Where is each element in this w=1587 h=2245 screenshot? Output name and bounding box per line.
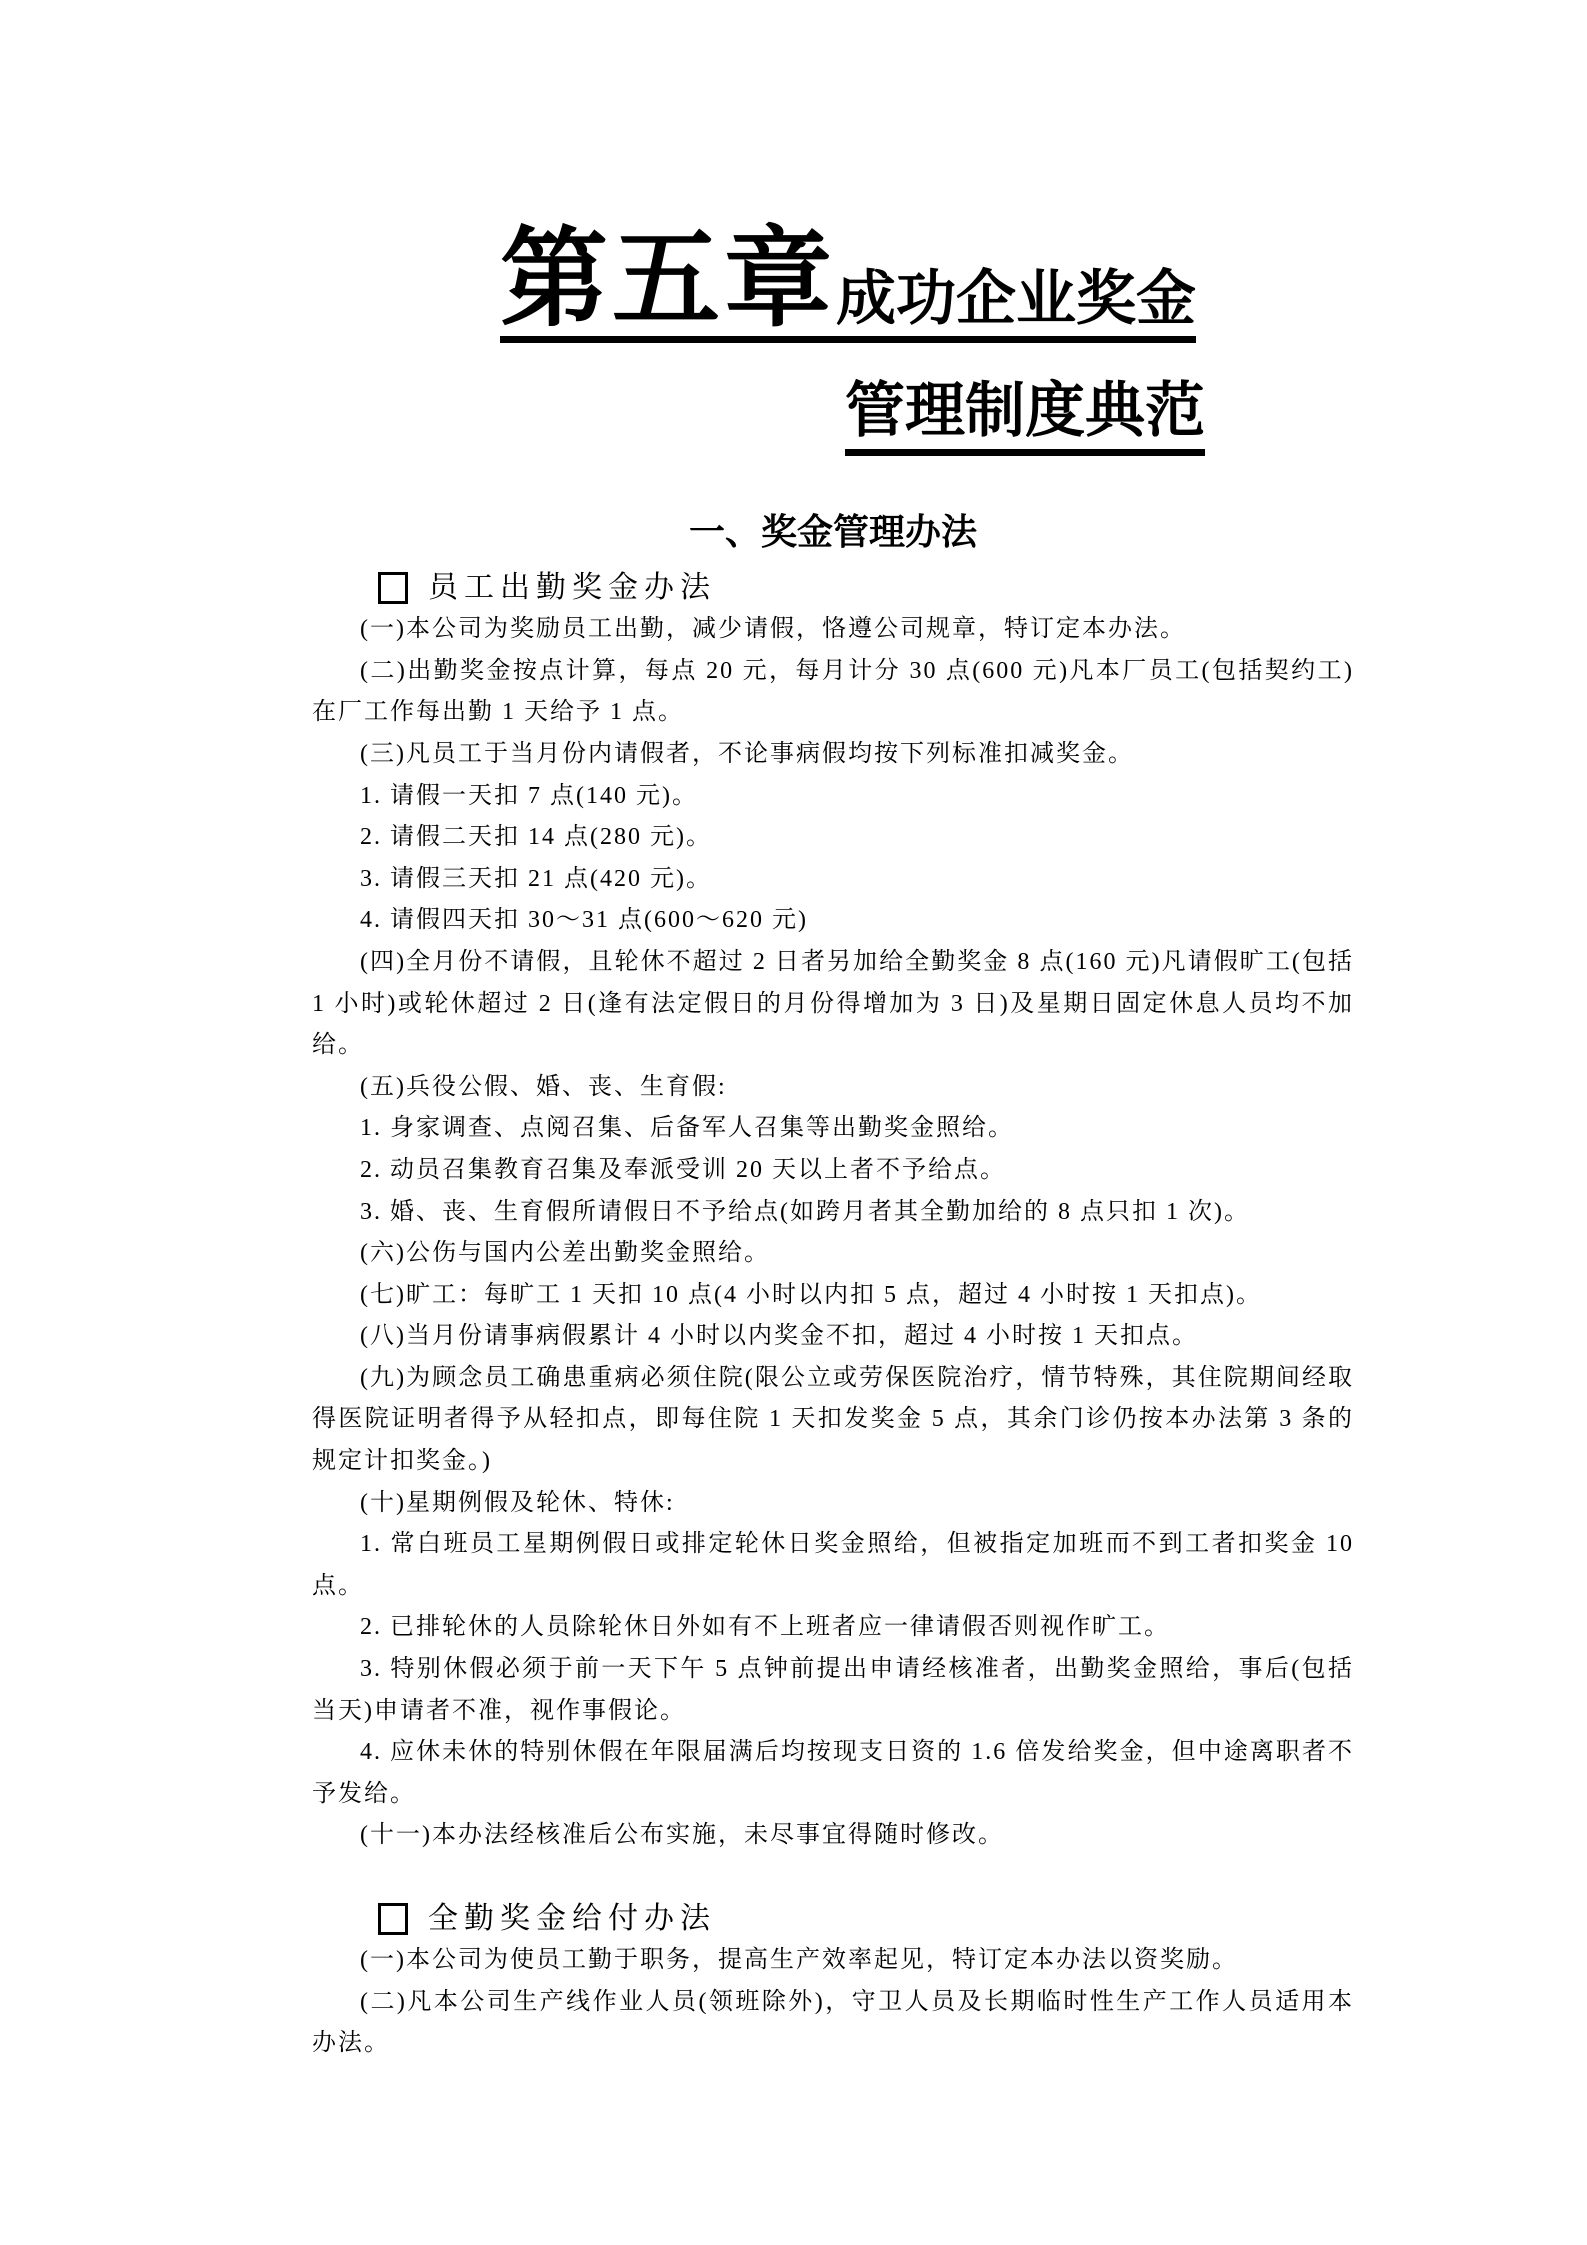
subsection-heading-attendance-bonus: 员工出勤奖金办法 (378, 568, 1354, 610)
paragraph: (三)凡员工于当月份内请假者，不论事病假均按下列标准扣减奖金。 (312, 734, 1354, 776)
chapter-title-line1: 第五章成功企业奖金 (500, 225, 1196, 343)
list-item: 1. 身家调查、点阅召集、后备军人召集等出勤奖金照给。 (312, 1108, 1354, 1150)
chapter-title-part1: 成功企业奖金 (836, 269, 1196, 333)
paragraph: (八)当月份请事病假累计 4 小时以内奖金不扣，超过 4 小时按 1 天扣点。 (312, 1316, 1354, 1358)
chapter-title-line2: 管理制度典范 (845, 381, 1205, 456)
paragraph: (十)星期例假及轮休、特休: (312, 1483, 1354, 1525)
paragraph: (五)兵役公假、婚、丧、生育假: (312, 1067, 1354, 1109)
subsection-heading-label: 全勤奖金给付办法 (428, 1904, 716, 1934)
paragraph: (二)凡本公司生产线作业人员(领班除外)，守卫人员及长期临时性生产工作人员适用本… (312, 1982, 1354, 2065)
paragraph: (四)全月份不请假，且轮休不超过 2 日者另加给全勤奖金 8 点(160 元)凡… (312, 942, 1354, 1067)
document-body: 员工出勤奖金办法 (一)本公司为奖励员工出勤，减少请假，恪遵公司规章，特订定本办… (312, 568, 1354, 2065)
paragraph: (一)本公司为奖励员工出勤，减少请假，恪遵公司规章，特订定本办法。 (312, 609, 1354, 651)
document-page: 第五章成功企业奖金 管理制度典范 一、奖金管理办法 员工出勤奖金办法 (一)本公… (0, 0, 1587, 2245)
list-item: 1. 请假一天扣 7 点(140 元)。 (312, 776, 1354, 818)
paragraph: (九)为顾念员工确患重病必须住院(限公立或劳保医院治疗，情节特殊，其住院期间经取… (312, 1358, 1354, 1483)
paragraph: (二)出勤奖金按点计算，每点 20 元，每月计分 30 点(600 元)凡本厂员… (312, 651, 1354, 734)
list-item: 3. 请假三天扣 21 点(420 元)。 (312, 859, 1354, 901)
paragraph: (七)旷工：每旷工 1 天扣 10 点(4 小时以内扣 5 点，超过 4 小时按… (312, 1275, 1354, 1317)
paragraph: (六)公伤与国内公差出勤奖金照给。 (312, 1233, 1354, 1275)
chapter-title-block: 第五章成功企业奖金 管理制度典范 (500, 225, 1587, 456)
subsection-heading-full-attendance-bonus: 全勤奖金给付办法 (378, 1899, 1354, 1941)
list-item: 3. 特别休假必须于前一天下午 5 点钟前提出申请经核准者，出勤奖金照给，事后(… (312, 1649, 1354, 1732)
list-item: 1. 常白班员工星期例假日或排定轮休日奖金照给，但被指定加班而不到工者扣奖金 1… (312, 1524, 1354, 1607)
list-item: 3. 婚、丧、生育假所请假日不予给点(如跨月者其全勤加给的 8 点只扣 1 次)… (312, 1192, 1354, 1234)
square-bullet-icon (378, 1903, 408, 1935)
list-item: 4. 应休未休的特别休假在年限届满后均按现支日资的 1.6 倍发给奖金，但中途离… (312, 1732, 1354, 1815)
subsection-heading-label: 员工出勤奖金办法 (428, 573, 716, 603)
list-item: 4. 请假四天扣 30～31 点(600～620 元) (312, 900, 1354, 942)
square-bullet-icon (378, 572, 408, 604)
list-item: 2. 已排轮休的人员除轮休日外如有不上班者应一律请假否则视作旷工。 (312, 1607, 1354, 1649)
list-item: 2. 请假二天扣 14 点(280 元)。 (312, 817, 1354, 859)
paragraph: (十一)本办法经核准后公布实施，未尽事宜得随时修改。 (312, 1815, 1354, 1857)
list-item: 2. 动员召集教育召集及奉派受训 20 天以上者不予给点。 (312, 1150, 1354, 1192)
paragraph: (一)本公司为使员工勤于职务，提高生产效率起见，特订定本办法以资奖励。 (312, 1940, 1354, 1982)
chapter-number: 第五章 (500, 225, 836, 333)
section-heading: 一、奖金管理办法 (312, 512, 1354, 552)
